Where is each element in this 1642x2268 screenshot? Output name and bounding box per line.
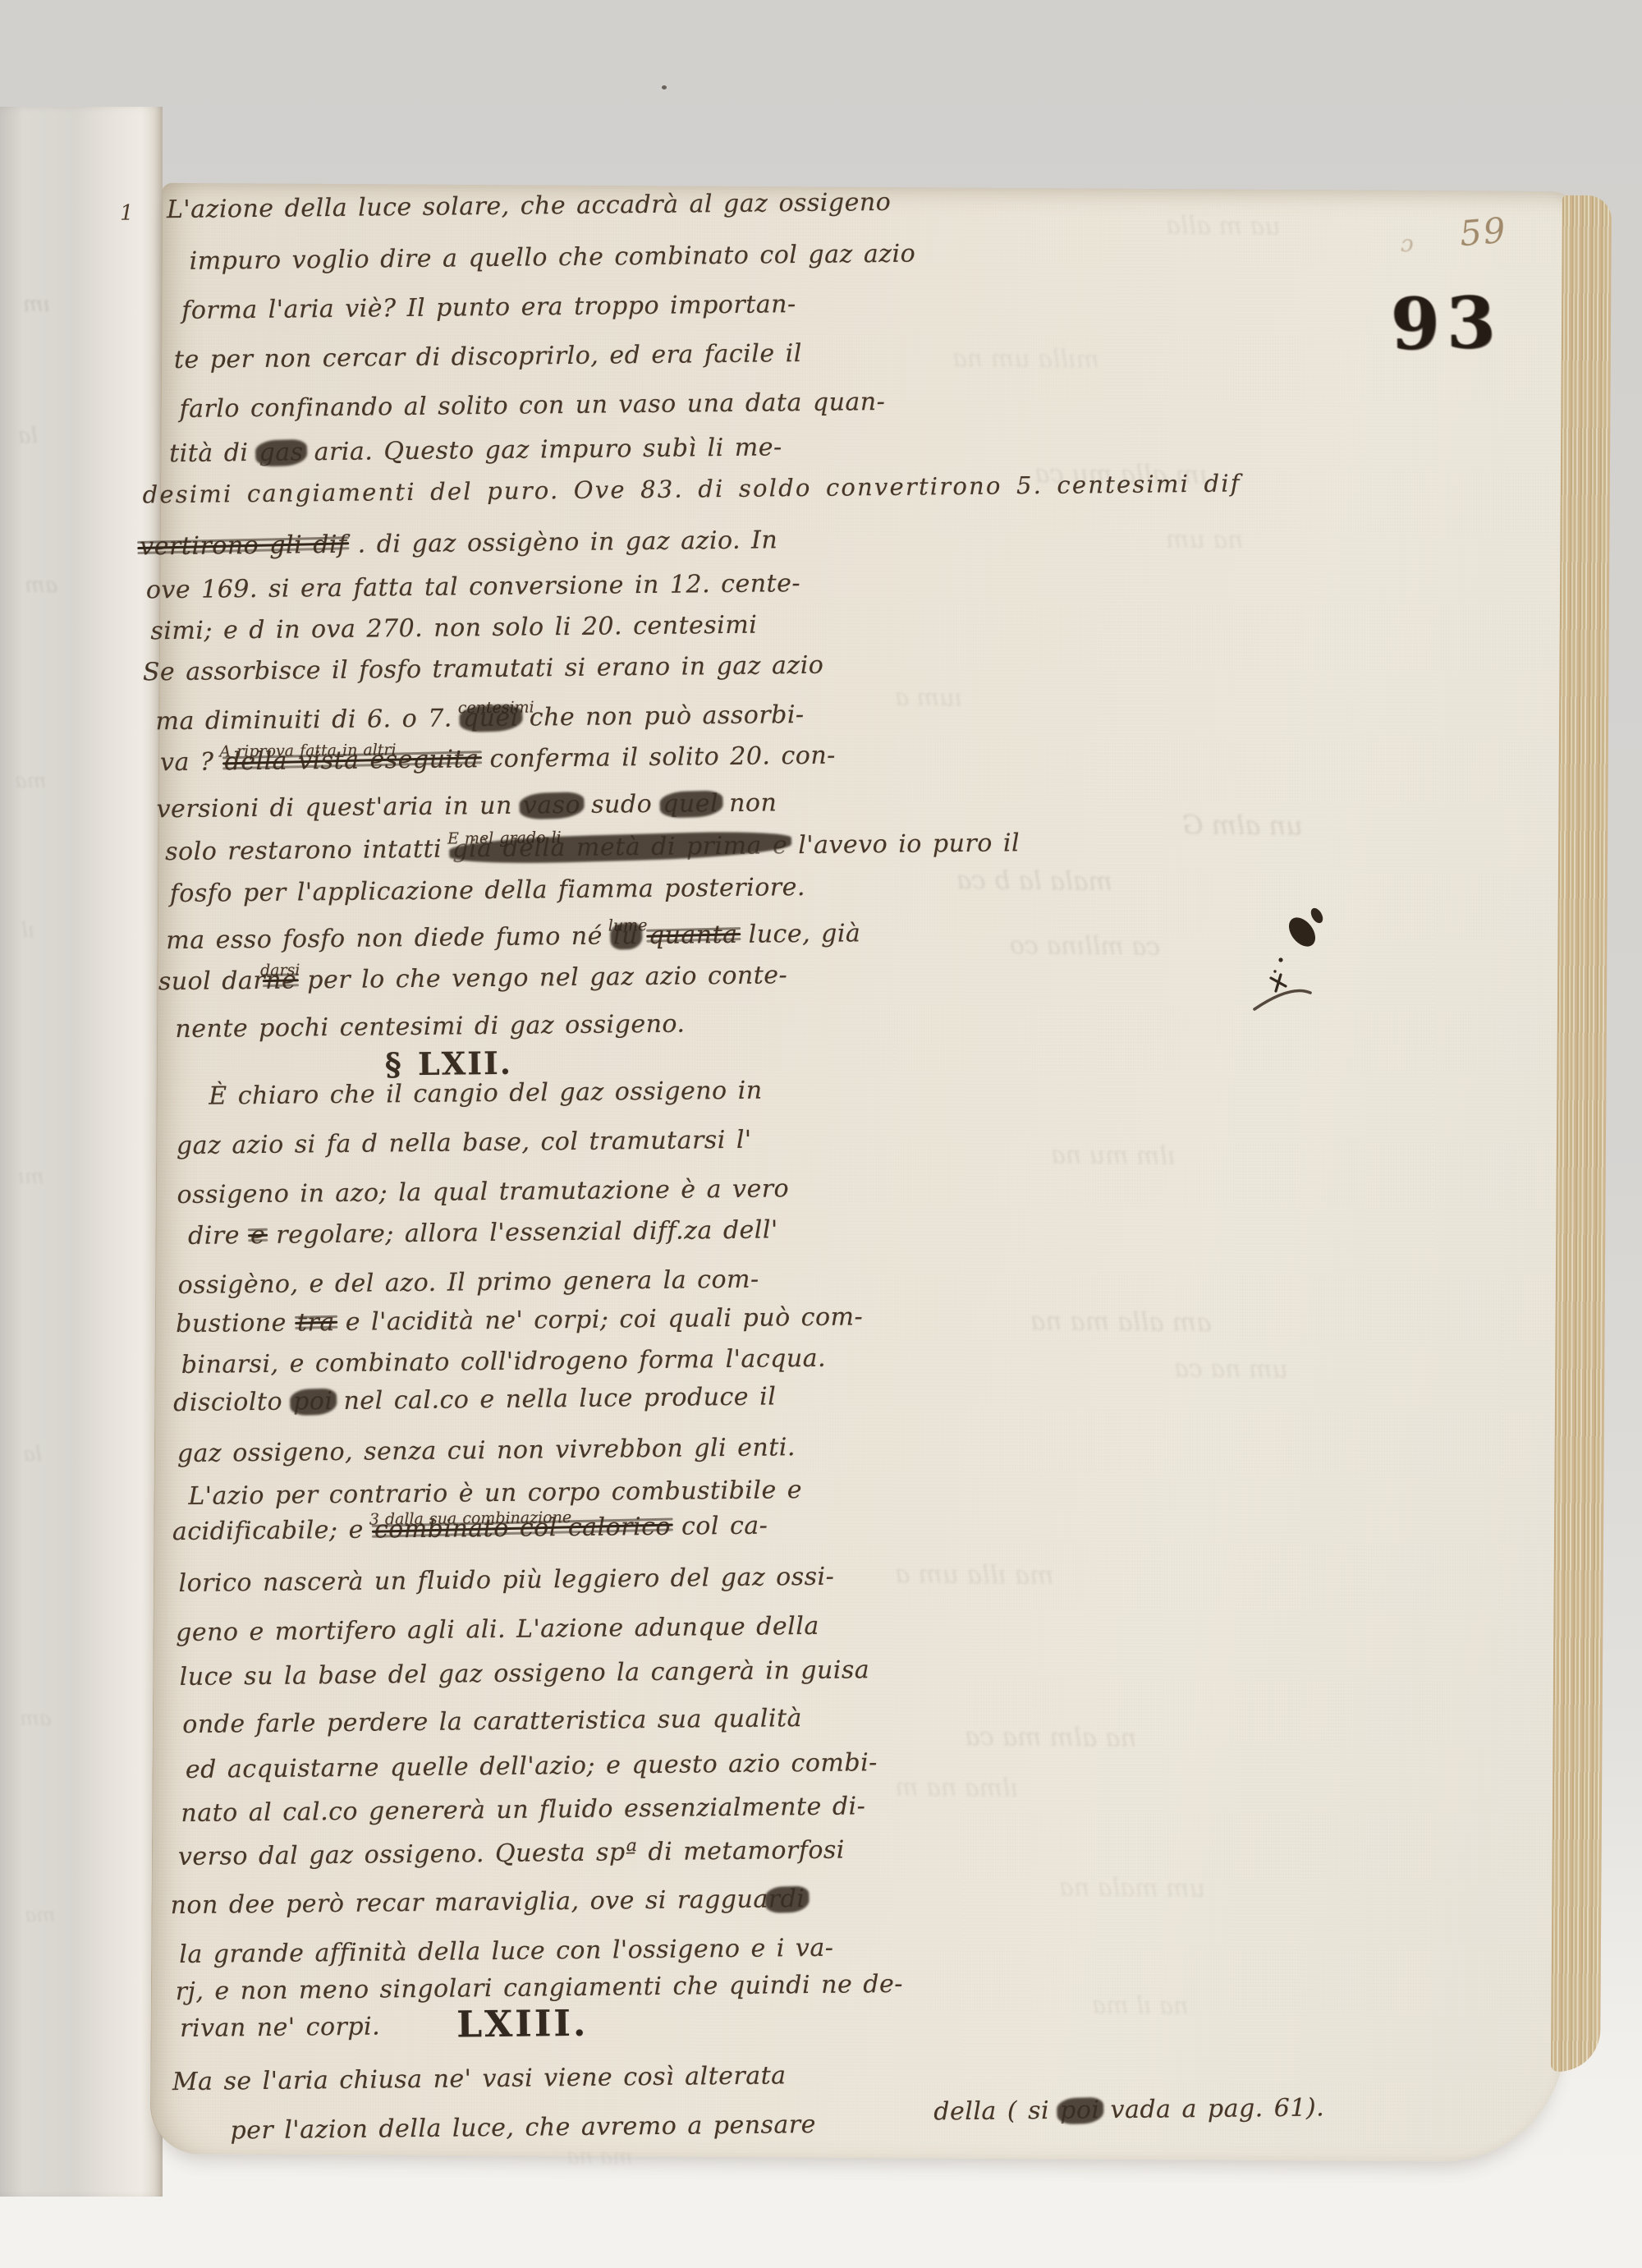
pencil-folio-number: 59 <box>1458 210 1509 255</box>
pencil-folio-prefix: ɔ <box>1401 230 1414 257</box>
page-fore-edge-stack <box>1551 195 1612 2072</box>
ink-blot <box>1248 899 1346 1022</box>
photo-background: ua m allamılla um naım alla mu cana umıu… <box>0 0 1642 2268</box>
previous-page-edge <box>0 107 163 2197</box>
paper-speck <box>662 85 667 90</box>
stamped-page-number: 93 <box>1390 282 1502 366</box>
manuscript-page <box>150 183 1577 2162</box>
